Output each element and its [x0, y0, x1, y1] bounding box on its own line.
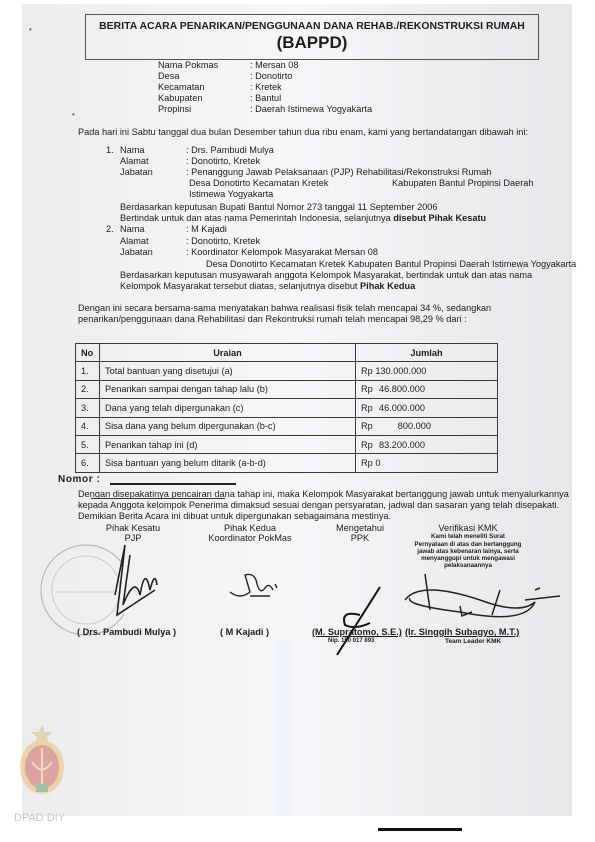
signature-3-icon	[325, 585, 385, 660]
party1-basis: Berdasarkan keputusan Bupati Bantul Nomo…	[120, 202, 438, 213]
signatory-4-title: Team Leader KMK	[445, 638, 501, 645]
party2-number: 2.	[106, 224, 114, 235]
party2-basis-line2: Kelompok Masyarakat tersebut diatas, sel…	[120, 281, 415, 292]
party2-position: : Koordinator Kelompok Masyarakat Mersan…	[186, 247, 378, 258]
identity-value: : Daerah Istimewa Yogyakarta	[250, 104, 372, 115]
amount-value: 0	[375, 458, 380, 468]
signature-2-icon	[225, 570, 285, 610]
currency: Rp	[361, 403, 379, 413]
verification-note: Pernyataan di atas dan bertanggung	[398, 541, 538, 548]
signatory-role: Verifikasi KMK	[398, 523, 538, 533]
amount-value: 130.000.000	[375, 366, 426, 376]
party2-designation: Pihak Kedua	[360, 281, 415, 291]
identity-label: Nama Pokmas	[158, 60, 218, 71]
signatory-4-name: (Ir. Singgih Subagyo, M.T.)	[405, 627, 519, 638]
document-title-box: BERITA ACARA PENARIKAN/PENGGUNAAN DANA R…	[85, 14, 539, 60]
row-uraian: Total bantuan yang disetujui (a)	[100, 362, 356, 380]
speck-mark: •	[72, 110, 75, 119]
document-acronym: (BAPPD)	[86, 33, 538, 53]
row-uraian: Penarikan tahap ini (d)	[100, 435, 356, 453]
identity-value: : Donotirto	[250, 71, 292, 82]
party1-position-line2: Desa Donotirto Kecamatan Kretek	[189, 178, 328, 189]
row-uraian: Sisa dana yang belum dipergunakan (b-c)	[100, 417, 356, 435]
table-row: 3. Dana yang telah dipergunakan (c) Rp46…	[76, 399, 498, 417]
identity-label: Kecamatan	[158, 82, 204, 93]
signatory-3-name: (M. Supratomo, S.E.)	[312, 627, 402, 638]
party1-acting: Bertindak untuk dan atas nama Pemerintah…	[120, 213, 486, 224]
party2-position-label: Jabatan	[120, 247, 153, 258]
party1-name: : Drs. Pambudi Mulya	[186, 145, 274, 156]
nomor-blank-line	[110, 483, 236, 485]
document-title: BERITA ACARA PENARIKAN/PENGGUNAAN DANA R…	[86, 21, 538, 32]
intro-paragraph: Pada hari ini Sabtu tanggal dua bulan De…	[78, 127, 528, 138]
signatory-subrole: Koordinator PokMas	[190, 533, 310, 543]
funds-table: No Uraian Jumlah 1. Total bantuan yang d…	[75, 343, 498, 473]
row-uraian: Sisa bantuan yang belum ditarik (a-b-d)	[100, 454, 356, 472]
statement-line2: penarikan/penggunaan dana Rehabilitasi d…	[78, 314, 467, 325]
table-row: 4. Sisa dana yang belum dipergunakan (b-…	[76, 417, 498, 435]
signatory-role: Mengetahui	[320, 523, 400, 533]
party1-address: : Donotirto, Kretek	[186, 156, 260, 167]
amount-value: 46.800.000	[379, 384, 439, 394]
closing-underline	[91, 498, 225, 499]
header-no: No	[76, 344, 100, 362]
signatory-3: Mengetahui PPK	[320, 523, 400, 544]
amount-value: 800.000	[379, 421, 431, 431]
party1-number: 1.	[106, 145, 114, 156]
row-no: 4.	[76, 417, 100, 435]
row-amount: Rp 130.000.000	[356, 362, 498, 380]
row-no: 3.	[76, 399, 100, 417]
closing-line3: Demikian Berita Acara ini dibuat untuk d…	[78, 511, 391, 522]
table-row: 5. Penarikan tahap ini (d) Rp83.200.000	[76, 435, 498, 453]
row-amount: Rp46.800.000	[356, 380, 498, 398]
table-row: 6. Sisa bantuan yang belum ditarik (a-b-…	[76, 454, 498, 472]
identity-value: : Bantul	[250, 93, 281, 104]
currency: Rp	[361, 458, 373, 468]
table-header-row: No Uraian Jumlah	[76, 344, 498, 362]
party1-position-line2b: Kabupaten Bantul Propinsi Daerah	[392, 178, 533, 189]
identity-label: Propinsi	[158, 104, 191, 115]
signatory-3-nip: Nip. 150 017 893	[328, 638, 374, 644]
row-no: 2.	[76, 380, 100, 398]
verification-note: pelaksanaannya	[398, 562, 538, 569]
party1-name-label: Nama	[120, 145, 145, 156]
verification-note: jawab atas kebenaran lainya, serta	[398, 548, 538, 555]
signatory-2-name: ( M Kajadi )	[220, 627, 269, 638]
currency: Rp	[361, 421, 379, 431]
row-uraian: Dana yang telah dipergunakan (c)	[100, 399, 356, 417]
signatory-1-name: ( Drs. Pambudi Mulya )	[77, 627, 176, 638]
party1-position-label: Jabatan	[120, 167, 153, 178]
table-row: 1. Total bantuan yang disetujui (a) Rp 1…	[76, 362, 498, 380]
signature-1-icon	[95, 535, 175, 635]
verification-note: menyanggupi untuk mengawasi	[398, 555, 538, 562]
header-uraian: Uraian	[100, 344, 356, 362]
signatory-role: Pihak Kesatu	[88, 523, 178, 533]
party1-position-line3: Istimewa Yogyakarta	[189, 189, 273, 200]
row-amount: Rp 0	[356, 454, 498, 472]
identity-value: : Kretek	[250, 82, 282, 93]
party2-address-label: Alamat	[120, 236, 149, 247]
party2-name-label: Nama	[120, 224, 145, 235]
identity-label: Desa	[158, 71, 179, 82]
signatory-2: Pihak Kedua Koordinator PokMas	[190, 523, 310, 544]
row-uraian: Penarikan sampai dengan tahap lalu (b)	[100, 380, 356, 398]
party1-position: : Penanggung Jawab Pelaksanaan (PJP) Reh…	[186, 167, 491, 178]
currency: Rp	[361, 366, 373, 376]
table-row: 2. Penarikan sampai dengan tahap lalu (b…	[76, 380, 498, 398]
paper-fold-highlight	[268, 640, 298, 816]
page-indicator-bar	[378, 828, 462, 831]
row-no: 1.	[76, 362, 100, 380]
closing-line2: kepada Anggota kelompok Penerima dimaksu…	[78, 500, 559, 511]
amount-value: 83.200.000	[379, 440, 439, 450]
party1-designation: disebut Pihak Kesatu	[393, 213, 486, 223]
identity-label: Kabupaten	[158, 93, 202, 104]
watermark-text: DPAD DIY	[14, 812, 65, 824]
signatory-4: Verifikasi KMK Kami telah meneliti Surat…	[398, 523, 538, 569]
party2-name: : M Kajadi	[186, 224, 227, 235]
verification-note: Kami telah meneliti Surat	[398, 533, 538, 540]
party1-acting-text: Bertindak untuk dan atas nama Pemerintah…	[120, 213, 393, 223]
party2-address: : Donotirto, Kretek	[186, 236, 260, 247]
currency: Rp	[361, 440, 379, 450]
row-no: 5.	[76, 435, 100, 453]
signatory-role: Pihak Kedua	[190, 523, 310, 533]
currency: Rp	[361, 384, 379, 394]
row-amount: Rp83.200.000	[356, 435, 498, 453]
header-jumlah: Jumlah	[356, 344, 498, 362]
nomor-label: Nomor :	[58, 474, 101, 485]
party2-basis: Berdasarkan keputusan musyawarah anggota…	[120, 270, 532, 281]
party2-basis-text: Kelompok Masyarakat tersebut diatas, sel…	[120, 281, 360, 291]
statement-line1: Dengan ini secara bersama-sama menyataka…	[78, 303, 491, 314]
party1-address-label: Alamat	[120, 156, 149, 167]
dpad-emblem-icon	[14, 722, 70, 802]
identity-value: : Mersan 08	[250, 60, 299, 71]
amount-value: 46.000.000	[379, 403, 439, 413]
signatory-subrole: PPK	[320, 533, 400, 543]
speck-mark: •	[29, 25, 32, 34]
row-amount: Rp800.000	[356, 417, 498, 435]
signature-4-icon	[400, 570, 565, 630]
party2-position-line2: Desa Donotirto Kecamatan Kretek Kabupate…	[206, 259, 576, 270]
row-amount: Rp46.000.000	[356, 399, 498, 417]
row-no: 6.	[76, 454, 100, 472]
